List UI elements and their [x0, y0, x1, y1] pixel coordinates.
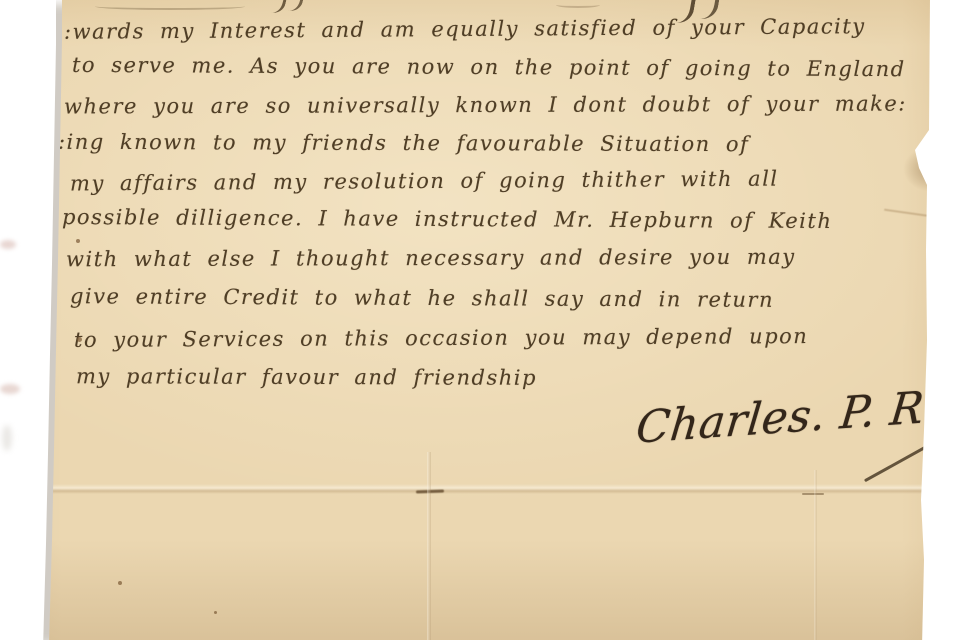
clipped-ink-fragment — [287, 0, 303, 13]
foxing-spot — [214, 611, 217, 614]
clipped-ink-fragment — [556, 2, 600, 8]
letter-line: my particular favour and friendship — [76, 364, 537, 390]
paper-sheet: :wards my Interest and am equally satisf… — [0, 0, 960, 640]
tear-notch-shadow — [903, 146, 931, 192]
fold-crease-vertical — [814, 470, 817, 640]
clipped-ink-fragment — [95, 3, 245, 10]
letter-line: possible dilligence. I have instructed M… — [62, 205, 833, 233]
letter-line: to your Services on this occasion you ma… — [74, 324, 808, 352]
foxing-spot — [77, 337, 82, 342]
foxing-spot — [118, 581, 122, 585]
letter-line: to serve me. As you are now on the point… — [72, 53, 906, 81]
background-smudge — [0, 240, 16, 249]
letter-line: with what else I thought necessary and d… — [66, 245, 796, 272]
letter-line: where you are so universally known I don… — [64, 92, 907, 119]
fold-crease-right-mark — [802, 493, 824, 495]
letter-line: give entire Credit to what he shall say … — [70, 284, 774, 312]
clipped-ink-fragment — [270, 0, 287, 15]
tear-crease-line — [884, 209, 932, 218]
fold-crease-horizontal — [52, 484, 928, 494]
letter-line: :ing known to my friends the favourable … — [58, 130, 749, 156]
background-smudge — [0, 384, 20, 394]
signature-flourish — [864, 445, 928, 482]
signature-charles-pr: Charles. P. R. — [634, 381, 941, 454]
letter-line: my affairs and my resolution of going th… — [70, 167, 779, 196]
fold-crease-vertical — [427, 452, 431, 640]
letter-photograph: :wards my Interest and am equally satisf… — [0, 0, 960, 640]
background-smudge — [2, 425, 12, 451]
letter-line: :wards my Interest and am equally satisf… — [64, 14, 866, 44]
foxing-spot — [76, 239, 80, 243]
